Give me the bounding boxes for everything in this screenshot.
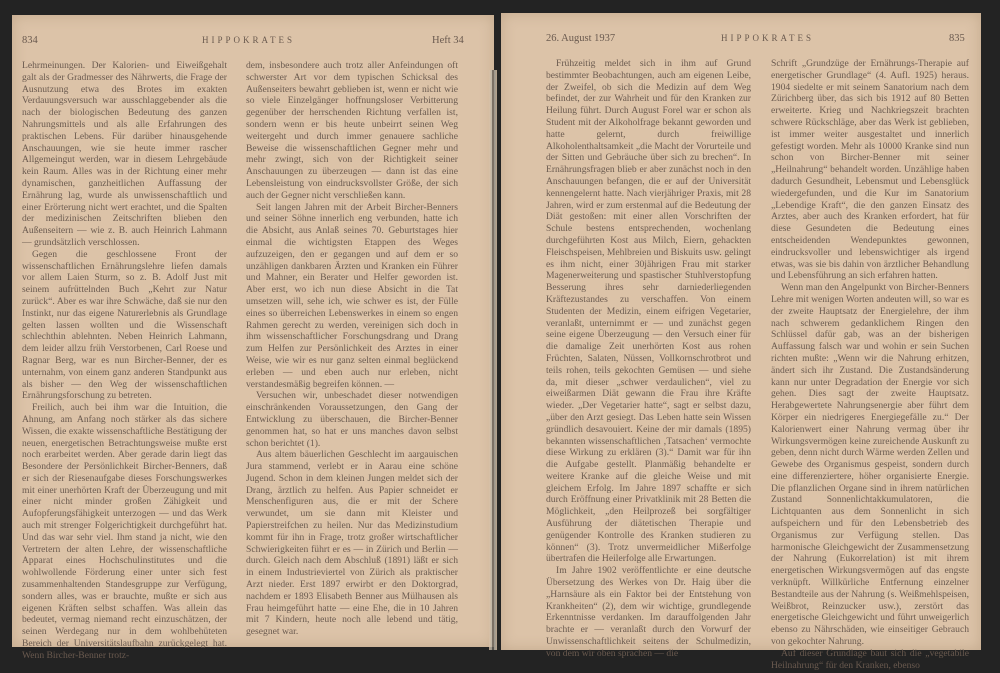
page-number-left: 834: [22, 35, 38, 46]
paragraph: Lehrmeinungen. Der Kalorien- und Eiweißg…: [22, 60, 227, 249]
issue-label: Heft 34: [432, 35, 464, 46]
right-page: 26. August 1937 HIPPOKRATES 835 Frühzeit…: [501, 13, 981, 650]
running-title-right: HIPPOKRATES: [721, 33, 814, 43]
page-number-right: 835: [949, 33, 965, 44]
paragraph: dem, insbesondere auch trotz aller Anfei…: [246, 60, 458, 202]
running-title-left: HIPPOKRATES: [202, 35, 295, 45]
left-page-column-2: dem, insbesondere auch trotz aller Anfei…: [246, 60, 458, 638]
paragraph: Versuchen wir, unbeschadet dieser notwen…: [246, 390, 458, 449]
right-page-column-2: Schrift „Grundzüge der Ernährungs-Therap…: [771, 58, 969, 671]
paragraph: Auf dieser Grundlage baut sich die „vege…: [771, 648, 969, 672]
paragraph: Frühzeitig meldet sich in ihm auf Grund …: [546, 58, 751, 565]
paragraph: Schrift „Grundzüge der Ernährungs-Therap…: [771, 58, 969, 282]
paragraph: Seit langen Jahren mit der Arbeit Birche…: [246, 202, 458, 391]
paragraph: Im Jahre 1902 veröffentlichte er eine de…: [546, 565, 751, 659]
paragraph: Wenn man den Angelpunkt von Bircher-Benn…: [771, 282, 969, 648]
paragraph: Aus altem bäuerlichen Geschlecht im aarg…: [246, 449, 458, 638]
page-tear-divider: [489, 70, 497, 650]
paragraph: Freilich, auch bei ihm war die Intuition…: [22, 402, 227, 662]
right-page-column-1: Frühzeitig meldet sich in ihm auf Grund …: [546, 58, 751, 660]
left-page: 834 HIPPOKRATES Heft 34 Lehrmeinungen. D…: [12, 15, 494, 647]
left-page-column-1: Lehrmeinungen. Der Kalorien- und Eiweißg…: [22, 60, 227, 662]
date-label: 26. August 1937: [546, 33, 615, 44]
paragraph: Gegen die geschlossene Front der wissens…: [22, 249, 227, 402]
